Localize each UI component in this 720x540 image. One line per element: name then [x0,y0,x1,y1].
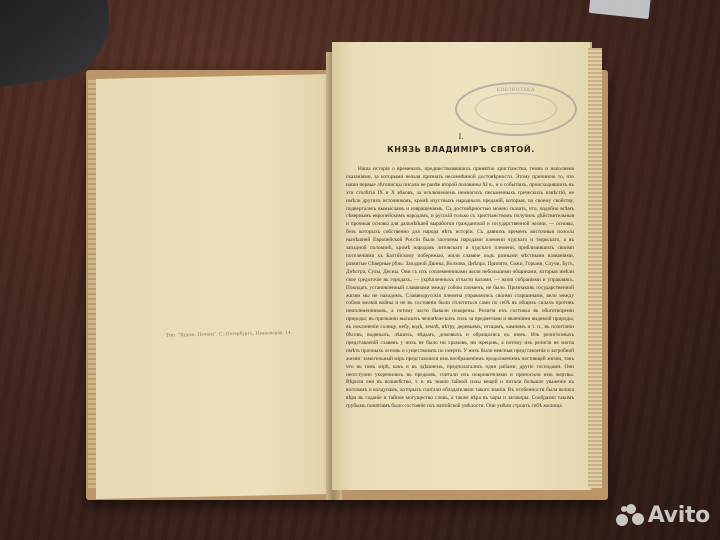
left-page: Тип. "Худож. Печати". С.-Петербургъ, Ива… [96,74,332,499]
stamp-text: БИБЛИОТЕКА [457,88,575,93]
stamp-inner-oval [475,93,557,125]
chapter-number: I. [332,132,590,141]
printer-imprint: Тип. "Худож. Печати". С.-Петербургъ, Ива… [166,330,336,339]
open-book: Тип. "Худож. Печати". С.-Петербургъ, Ива… [86,52,608,500]
avito-watermark: Avito [616,503,710,528]
library-stamp-icon: БИБЛИОТЕКА [455,82,577,136]
avito-dots-logo-icon [616,504,644,528]
right-page-block-edge [588,48,602,488]
chapter-title: КНЯЗЬ ВЛАДИМІРЪ СВЯТОЙ. [332,145,590,154]
right-page: БИБЛИОТЕКА I. КНЯЗЬ ВЛАДИМІРЪ СВЯТОЙ. На… [332,42,590,490]
chapter-body-text: Наша исторія о временахъ, предшествовавш… [346,166,574,466]
avito-brand-label: Avito [648,503,710,528]
